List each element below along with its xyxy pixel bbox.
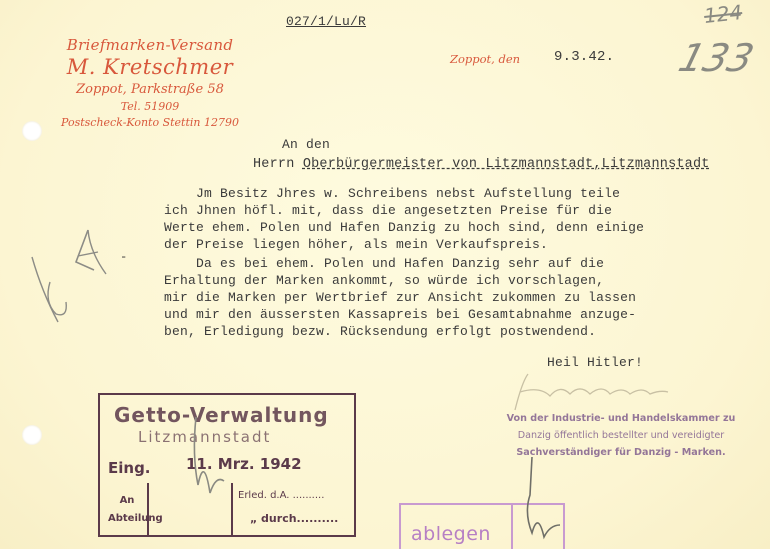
expert-certification-stamp: Von der Industrie- und Handelskammer zu … [486,410,756,461]
signature-icon [510,372,670,412]
expert-stamp-line-2: Danzig öffentlich bestellter und vereidi… [486,427,756,444]
punch-hole-top [22,121,42,141]
body-line: Jm Besitz Jhres w. Schreibens nebst Aufs… [164,186,620,201]
pencil-initials-icon [186,415,236,515]
letterhead-company-name: M. Kretschmer [50,55,250,79]
recipient-prefix: Herrn [253,157,303,172]
body-line: mir die Marken per Wertbrief zur Ansicht… [164,290,636,305]
stamp-durch-label: „ durch.......... [250,512,338,525]
recipient-line-2: Herrn Oberbürgermeister von Litzmannstad… [253,157,710,172]
stamp-eing-label: Eing. [108,459,151,477]
stamp-an-label: An [108,492,146,510]
reference-number: 027/1/Lu/R [286,14,366,29]
stamp-divider [147,483,149,535]
filing-stamp-divider [511,505,513,549]
recipient-title: Oberbürgermeister von Litzmannstadt,Litz… [303,157,710,172]
letterhead-business-type: Briefmarken-Versand [50,36,250,54]
stamp-erledigt-label: Erled. d.A. .......... [238,490,324,501]
filing-stamp-label: ablegen [411,523,491,545]
pencil-filing-initials-icon [520,455,570,549]
margin-dash: - [120,250,128,264]
body-line: ben, Erledigung bezw. Rücksendung erfolg… [164,324,596,339]
letterhead-phone: Tel. 51909 [50,100,250,113]
handwritten-crossed-number: 124 [703,0,743,28]
letter-date: 9.3.42. [554,49,614,65]
handwritten-folio-number: 133 [674,36,758,80]
body-line: ich Jhnen höfl. mit, dass die angesetzte… [164,203,612,218]
body-line: der Preise liegen höher, als mein Verkau… [164,237,548,252]
place-label: Zoppot, den [450,52,520,66]
letter-page: Briefmarken-Versand M. Kretschmer Zoppot… [0,0,770,549]
letterhead-address: Zoppot, Parkstraße 58 [50,82,250,97]
body-line: Erhaltung der Marken ankommt, so würde i… [164,273,604,288]
body-line: und mir den äussersten Kassapreis bei Ge… [164,307,636,322]
expert-stamp-line-1: Von der Industrie- und Handelskammer zu [486,410,756,427]
punch-hole-bottom [22,425,42,445]
letterhead: Briefmarken-Versand M. Kretschmer Zoppot… [50,36,250,129]
body-line: Werte ehem. Polen und Hafen Danzig zu ho… [164,220,644,235]
pencil-margin-annotation-icon [28,222,118,352]
letterhead-postal-account: Postscheck-Konto Stettin 12790 [50,116,250,129]
body-line: Da es bei ehem. Polen und Hafen Danzig s… [164,256,604,271]
closing-greeting: Heil Hitler! [547,355,643,370]
stamp-department-label: An Abteilung [108,492,146,528]
recipient-line-1: An den [282,137,330,152]
stamp-abteilung-label: Abteilung [108,510,146,528]
